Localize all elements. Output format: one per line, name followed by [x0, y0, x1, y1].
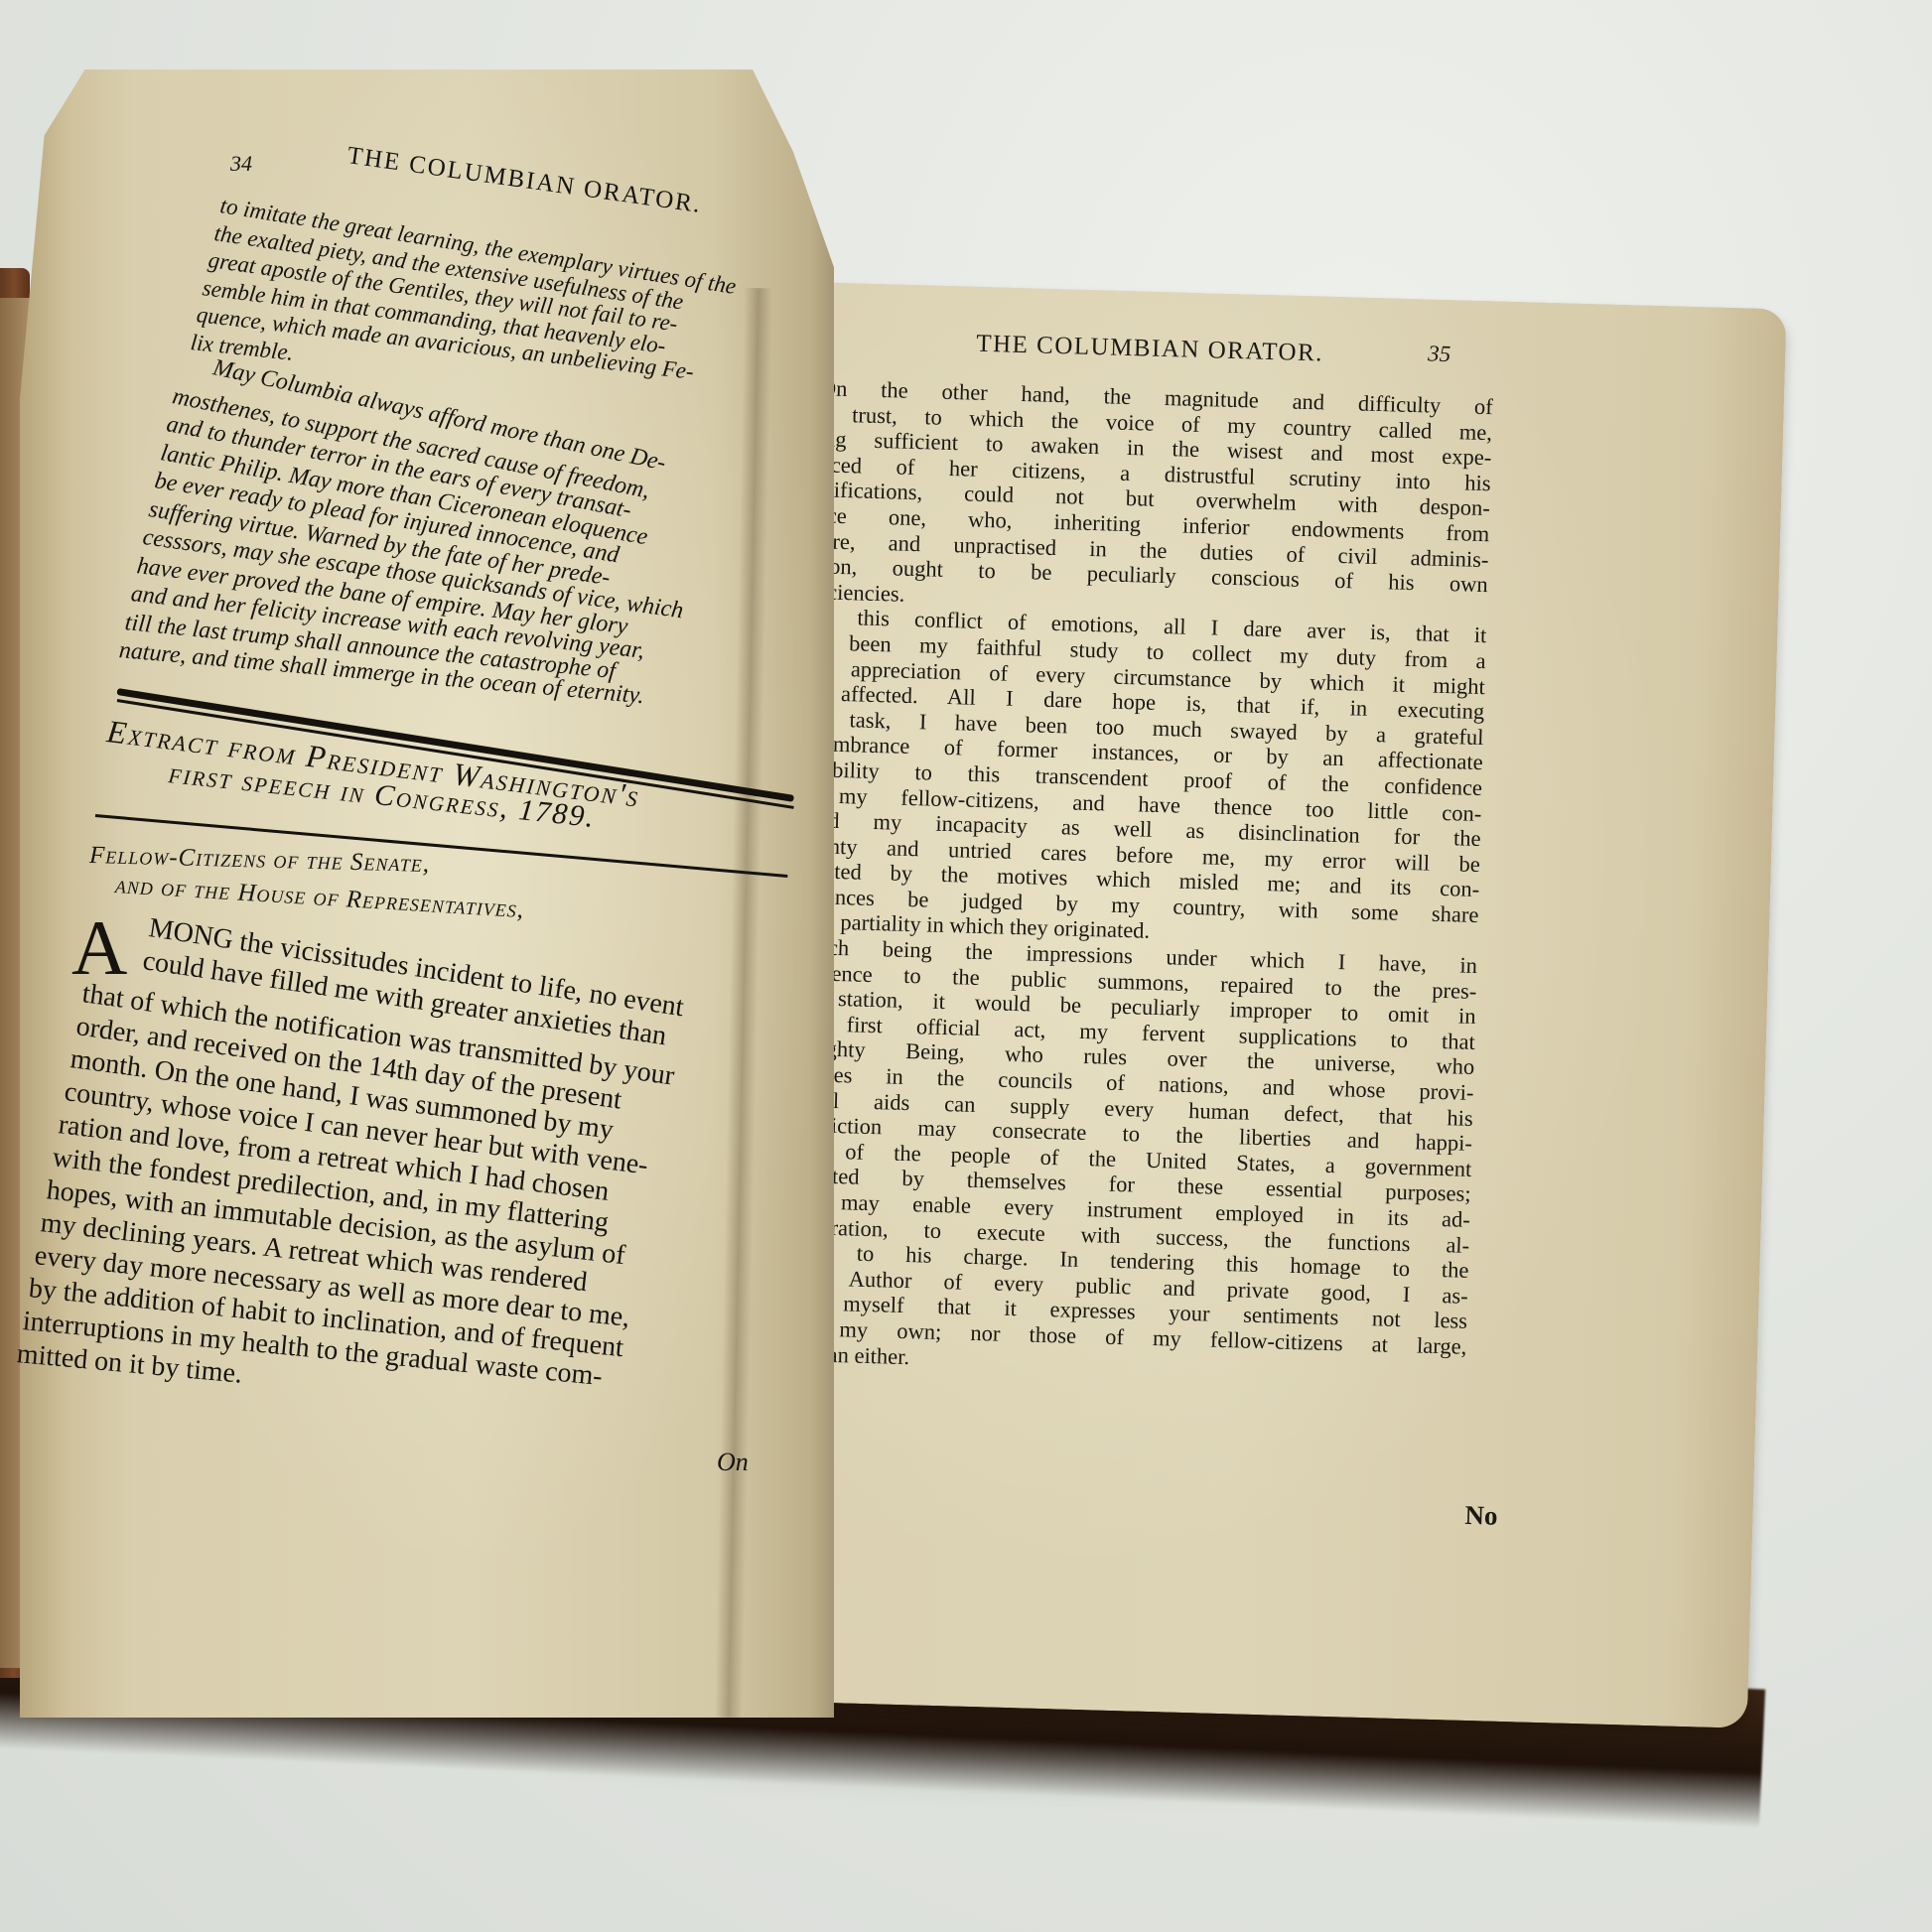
catchword: On: [717, 1448, 749, 1477]
running-head: THE COLUMBIAN ORATOR.: [976, 331, 1323, 368]
catchword: No: [1464, 1500, 1498, 1532]
page-number: 34: [230, 149, 252, 179]
drop-cap: A: [71, 913, 127, 983]
left-page-text: 34 THE COLUMBIAN ORATOR. to imitate the …: [0, 0, 894, 1688]
running-head: THE COLUMBIAN ORATOR.: [345, 141, 704, 220]
photo-background: THE COLUMBIAN ORATOR. 35 On the other ha…: [0, 0, 1932, 1932]
page-number: 35: [1428, 341, 1451, 367]
